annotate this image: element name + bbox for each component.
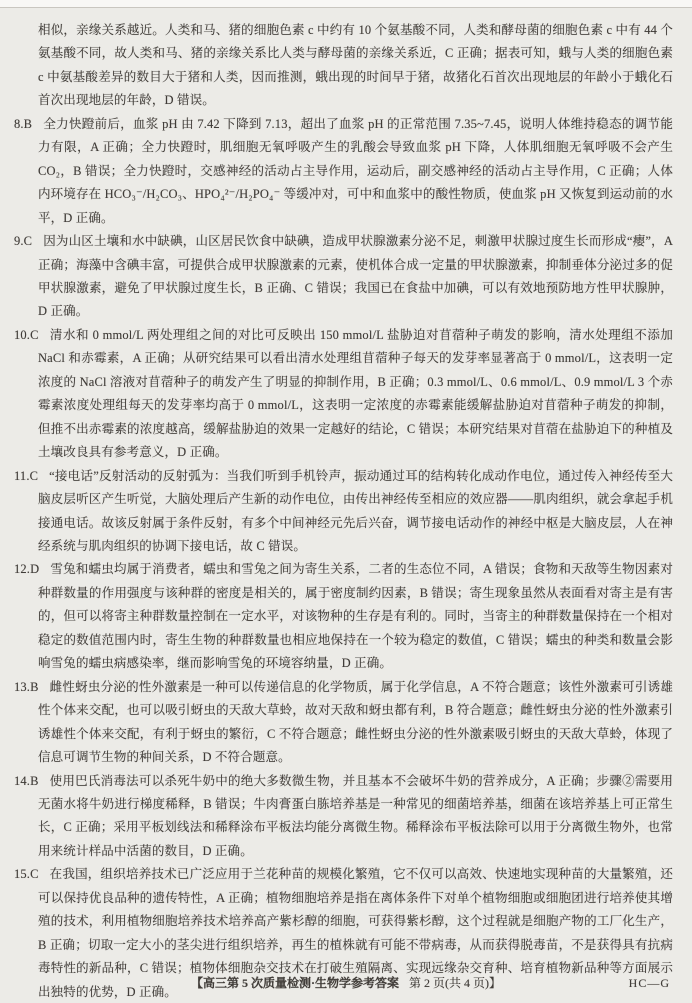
answer-content: 相似，亲缘关系越近。人类和马、猪的细胞色素 c 中约有 10 个氨基酸不同，人类… (0, 8, 692, 1003)
footer-page-number: 第 2 页(共 4 页)】 (409, 976, 501, 990)
item-text-13: 雌性蚜虫分泌的性外激素是一种可以传递信息的化学物质，属于化学信息，A 不符合题意… (38, 680, 673, 764)
item-number-11: 11.C (14, 469, 38, 483)
footer-exam-title: 【高三第 5 次质量检测·生物学参考答案 (191, 976, 399, 990)
item-number-15: 15.C (14, 867, 39, 881)
footer-paper-code: HC—G (629, 974, 670, 992)
item-text-12: 雪兔和蠕虫均属于消费者，蠕虫和雪兔之间为寄生关系，二者的生态位不同，A 错误；食… (38, 562, 673, 670)
item-text-14: 使用巴氏消毒法可以杀死牛奶中的绝大多数微生物，并且基本不会破坏牛奶的营养成分，A… (38, 774, 673, 858)
answer-continuation-paragraph: 相似，亲缘关系越近。人类和马、猪的细胞色素 c 中约有 10 个氨基酸不同，人类… (38, 19, 673, 113)
item-number-14: 14.B (14, 774, 39, 788)
item-text-8: 全力快蹬前后，血浆 pH 由 7.42 下降到 7.13，超出了血浆 pH 的正… (38, 117, 673, 225)
answer-item-13: 13.B雌性蚜虫分泌的性外激素是一种可以传递信息的化学物质，属于化学信息，A 不… (38, 676, 673, 770)
answer-item-14: 14.B使用巴氏消毒法可以杀死牛奶中的绝大多数微生物，并且基本不会破坏牛奶的营养… (38, 770, 673, 864)
item-number-13: 13.B (14, 680, 39, 694)
footer-center: 【高三第 5 次质量检测·生物学参考答案第 2 页(共 4 页)】 (0, 974, 692, 992)
item-text-11: “接电话”反射活动的反射弧为：当我们听到手机铃声，振动通过耳的结构转化成动作电位… (38, 469, 673, 553)
page-footer: 【高三第 5 次质量检测·生物学参考答案第 2 页(共 4 页)】 HC—G (0, 974, 692, 992)
item-number-10: 10.C (14, 328, 39, 342)
item-number-12: 12.D (14, 562, 39, 576)
item-text-9: 因为山区土壤和水中缺碘，山区居民饮食中缺碘，造成甲状腺激素分泌不足，刺激甲状腺过… (38, 234, 673, 318)
answer-item-12: 12.D雪兔和蠕虫均属于消费者，蠕虫和雪兔之间为寄生关系，二者的生态位不同，A … (38, 558, 673, 675)
item-number-9: 9.C (14, 234, 32, 248)
answer-item-11: 11.C“接电话”反射活动的反射弧为：当我们听到手机铃声，振动通过耳的结构转化成… (38, 465, 673, 559)
item-number-8: 8.B (14, 117, 32, 131)
answer-item-8: 8.B全力快蹬前后，血浆 pH 由 7.42 下降到 7.13，超出了血浆 pH… (38, 113, 673, 230)
answer-item-9: 9.C因为山区土壤和水中缺碘，山区居民饮食中缺碘，造成甲状腺激素分泌不足，刺激甲… (38, 230, 673, 324)
scanned-answer-page: 相似，亲缘关系越近。人类和马、猪的细胞色素 c 中约有 10 个氨基酸不同，人类… (0, 0, 692, 1003)
item-text-10: 清水和 0 mmol/L 两处理组之间的对比可反映出 150 mmol/L 盐胁… (38, 328, 673, 459)
scan-top-edge (0, 0, 692, 8)
answer-item-10: 10.C清水和 0 mmol/L 两处理组之间的对比可反映出 150 mmol/… (38, 324, 673, 465)
